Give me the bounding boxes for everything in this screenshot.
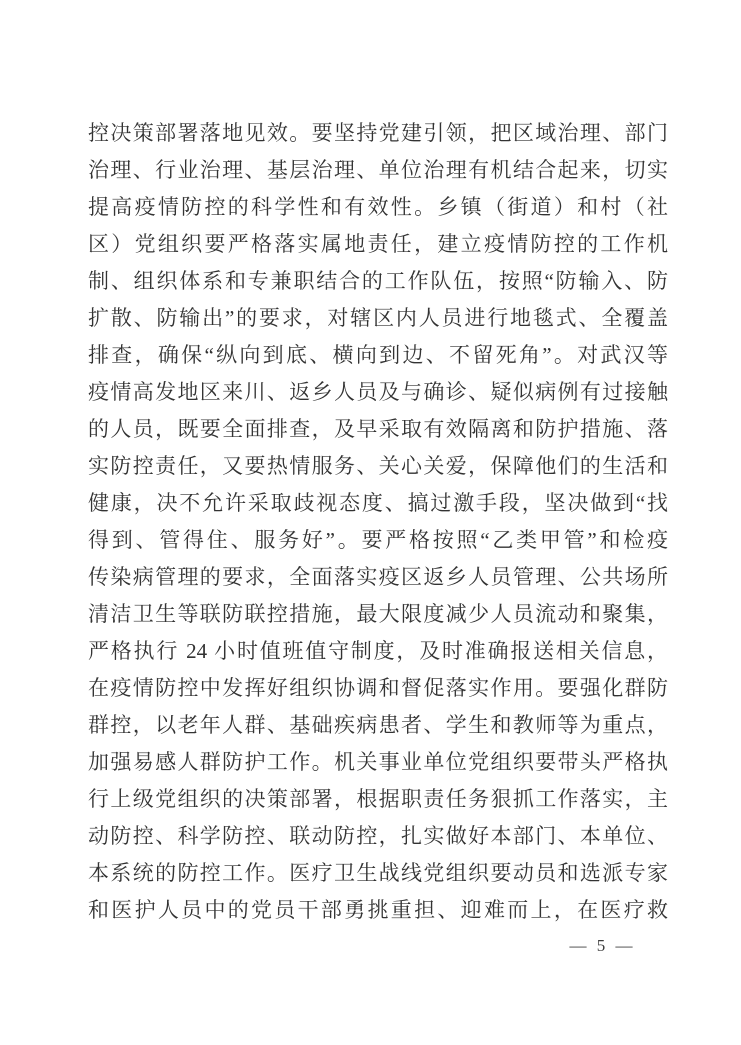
text-line: 传染病管理的要求，全面落实疫区返乡人员管理、公共场所 [88,559,668,596]
text-line: 实防控责任，又要热情服务、关心关爱，保障他们的生活和 [88,448,668,485]
text-line: 和医护人员中的党员干部勇挑重担、迎难而上，在医疗救 [88,892,668,929]
text-line: 行上级党组织的决策部署，根据职责任务狠抓工作落实，主 [88,781,668,818]
text-line: 群控，以老年人群、基础疾病患者、学生和教师等为重点， [88,707,668,744]
text-line: 制、组织体系和专兼职结合的工作队伍，按照“防输入、防 [88,263,668,300]
text-line: 扩散、防输出”的要求，对辖区内人员进行地毯式、全覆盖 [88,300,668,337]
text-line: 疫情高发地区来川、返乡人员及与确诊、疑似病例有过接触 [88,374,668,411]
text-line: 得到、管得住、服务好”。要严格按照“乙类甲管”和检疫 [88,522,668,559]
text-line: 控决策部署落地见效。要坚持党建引领，把区域治理、部门 [88,115,668,152]
text-line: 的人员，既要全面排查，及早采取有效隔离和防护措施、落 [88,411,668,448]
text-line: 健康，决不允许采取歧视态度、搞过激手段，坚决做到“找 [88,485,668,522]
text-line: 清洁卫生等联防联控措施，最大限度减少人员流动和聚集， [88,596,668,633]
body-text: 控决策部署落地见效。要坚持党建引领，把区域治理、部门 治理、行业治理、基层治理、… [88,115,668,929]
page-number: — 5 — [540,936,665,956]
text-line: 严格执行 24 小时值班值守制度，及时准确报送相关信息， [88,633,668,670]
text-line: 加强易感人群防护工作。机关事业单位党组织要带头严格执 [88,744,668,781]
text-line: 排查，确保“纵向到底、横向到边、不留死角”。对武汉等 [88,337,668,374]
text-line: 提高疫情防控的科学性和有效性。乡镇（街道）和村（社 [88,189,668,226]
text-line: 在疫情防控中发挥好组织协调和督促落实作用。要强化群防 [88,670,668,707]
text-line: 区）党组织要严格落实属地责任，建立疫情防控的工作机 [88,226,668,263]
text-line: 动防控、科学防控、联动防控，扎实做好本部门、本单位、 [88,818,668,855]
document-page: 控决策部署落地见效。要坚持党建引领，把区域治理、部门 治理、行业治理、基层治理、… [0,0,741,1045]
text-line: 本系统的防控工作。医疗卫生战线党组织要动员和选派专家 [88,855,668,892]
text-line: 治理、行业治理、基层治理、单位治理有机结合起来，切实 [88,152,668,189]
